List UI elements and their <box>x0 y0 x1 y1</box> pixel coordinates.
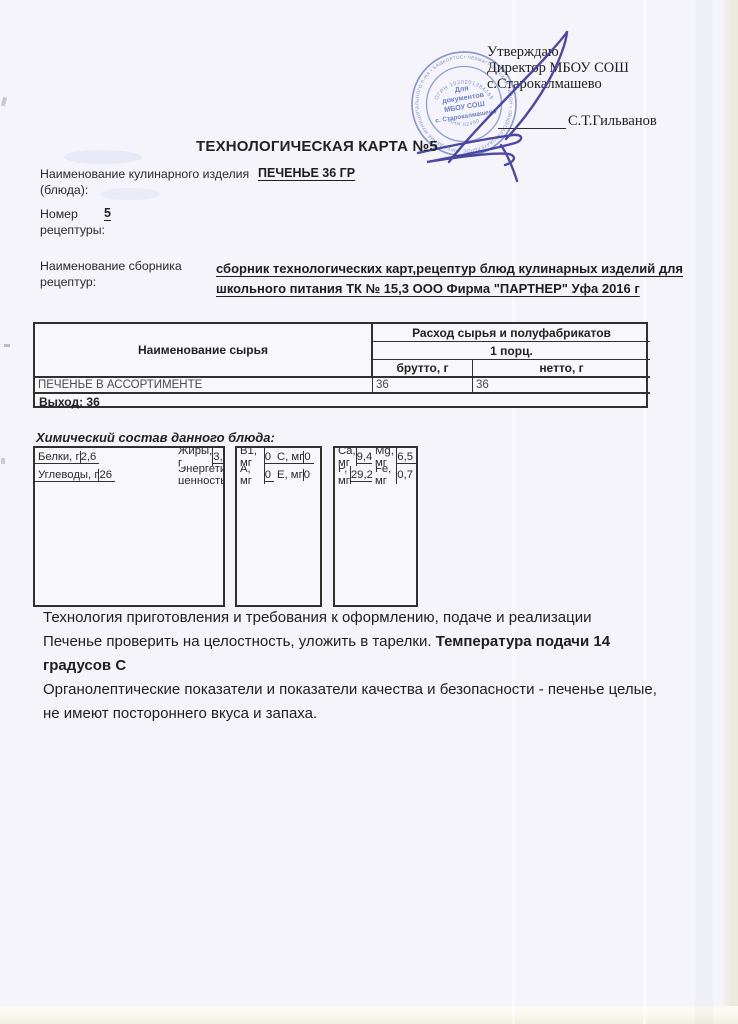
table-row: P, мг 29,2 <box>335 466 372 484</box>
chem-label: B1, мг <box>237 448 265 466</box>
tech-line: Органолептические показатели и показател… <box>43 678 683 702</box>
chem-value: 2,6 <box>81 451 100 464</box>
chem-table-minerals: Ca, мг 9,4 Mg, мг 6,5 P, мг 29,2 Fe, мг … <box>333 446 418 607</box>
chem-label: Fe, мг <box>372 466 397 484</box>
tech-text: не имеют постороннего вкуса и запаха. <box>43 705 317 722</box>
table-row-ingredient-name: ПЕЧЕНЬЕ В АССОРТИМЕНТЕ <box>35 378 373 394</box>
recipe-number-value: 5 <box>104 206 111 220</box>
edge-mark <box>1 97 7 107</box>
chem-table-vitamins: B1, мг 0 C, мг 0 A, мг 0 E, мг 0 <box>235 446 322 607</box>
chem-label: C, мг <box>274 451 304 464</box>
chem-value: 0 <box>265 469 274 482</box>
chem-label: Белки, г <box>35 451 81 464</box>
dish-name-value: ПЕЧЕНЬЕ 36 ГР <box>258 166 355 180</box>
table-row: A, мг 0 <box>237 466 274 484</box>
col-header-portion: 1 порц. <box>373 342 650 360</box>
recipe-source-value-line2: школьного питания ТК № 15,3 ООО Фирма "П… <box>216 279 683 299</box>
handwritten-signature <box>390 20 600 195</box>
dish-name-label-line2: (блюда): <box>40 182 249 198</box>
table-row: Белки, г 2,6 <box>35 448 175 466</box>
chem-label: A, мг <box>237 466 265 484</box>
col-header-consumption-group: Расход сырья и полуфабрикатов <box>373 324 650 342</box>
chem-label: Энергетическая ценность, ккал <box>175 466 223 484</box>
chem-value: 0,7 <box>397 469 416 481</box>
scanned-document-page: • ЧЕКМАГУШЕВСКИЙ РАЙОН • ОБЩЕОБРАЗОВАТЕЛ… <box>0 0 738 1024</box>
chem-table-macronutrients: Белки, г 2,6 Жиры, г 3,4 Углеводы, г 26 … <box>33 446 225 607</box>
chem-value: 0 <box>265 451 274 464</box>
col-header-net: нетто, г <box>473 360 650 378</box>
chem-value: 29,2 <box>351 469 372 482</box>
chem-value: 0 <box>304 469 313 481</box>
table-row: E, мг 0 <box>274 466 320 484</box>
chem-label: Углеводы, г <box>35 469 99 482</box>
dish-name-label-line1: Наименование кулинарного изделия <box>40 166 249 182</box>
recipe-number-label-line1: Номер <box>40 206 105 222</box>
chem-value: 0 <box>304 451 313 464</box>
table-row: Энергетическая ценность, ккал 145,6 <box>175 466 223 484</box>
chem-label: E, мг <box>274 469 304 481</box>
chem-value: 6,5 <box>397 451 416 464</box>
dish-name-label: Наименование кулинарного изделия (блюда)… <box>40 166 249 198</box>
tech-line: не имеют постороннего вкуса и запаха. <box>43 702 683 726</box>
document-title: ТЕХНОЛОГИЧЕСКАЯ КАРТА №5 <box>196 138 438 155</box>
table-row: C, мг 0 <box>274 448 320 466</box>
recipe-source-label-line2: рецептур: <box>40 274 182 290</box>
table-row: Fe, мг 0,7 <box>372 466 416 484</box>
tech-line: Печенье проверить на целостность, уложит… <box>43 630 683 654</box>
technology-paragraph: Технология приготовления и требования к … <box>43 606 683 726</box>
scanner-streak <box>643 0 646 1024</box>
tech-line: Технология приготовления и требования к … <box>43 606 683 630</box>
recipe-source-value-line1: сборник технологических карт,рецептур бл… <box>216 259 683 279</box>
edge-mark <box>1 458 5 464</box>
edge-mark <box>4 344 10 347</box>
recipe-number-label: Номер рецептуры: <box>40 206 105 238</box>
chem-label: Жиры, г <box>175 448 213 466</box>
chem-value: 9,4 <box>357 451 372 464</box>
recipe-number-label-line2: рецептуры: <box>40 222 105 238</box>
chem-value: 26 <box>99 469 115 482</box>
ingredients-table: Наименование сырья Расход сырья и полуфа… <box>33 322 648 408</box>
recipe-source-label: Наименование сборника рецептур: <box>40 258 182 290</box>
tech-text: Технология приготовления и требования к … <box>43 609 591 626</box>
table-row: Жиры, г 3,4 <box>175 448 223 466</box>
tech-line: градусов С <box>43 654 683 678</box>
chem-composition-heading: Химический состав данного блюда: <box>36 430 275 445</box>
chem-label: Mg, мг <box>372 448 397 466</box>
table-footer-yield: Выход: 36 <box>35 394 650 410</box>
tech-text: Органолептические показатели и показател… <box>43 681 657 698</box>
col-header-gross: брутто, г <box>373 360 473 378</box>
table-row: B1, мг 0 <box>237 448 274 466</box>
table-row-net-value: 36 <box>473 378 650 394</box>
chem-label: Ca, мг <box>335 448 357 466</box>
recipe-source-value: сборник технологических карт,рецептур бл… <box>216 259 683 299</box>
scan-edge-right <box>722 0 738 1024</box>
tech-text-bold: градусов С <box>43 657 126 674</box>
tech-text: Печенье проверить на целостность, уложит… <box>43 633 436 650</box>
tech-text-bold: Температура подачи 14 <box>436 633 610 650</box>
recipe-source-label-line1: Наименование сборника <box>40 258 182 274</box>
table-row-gross-value: 36 <box>373 378 473 394</box>
table-row: Углеводы, г 26 <box>35 466 175 484</box>
chem-label: P, мг <box>335 466 351 484</box>
table-row: Ca, мг 9,4 <box>335 448 372 466</box>
chem-value: 3,4 <box>213 451 223 464</box>
scanner-streak <box>695 0 713 1024</box>
scan-edge-bottom <box>0 1006 738 1024</box>
col-header-ingredient-name: Наименование сырья <box>35 324 373 378</box>
table-row: Mg, мг 6,5 <box>372 448 416 466</box>
ink-smudge <box>64 150 142 164</box>
